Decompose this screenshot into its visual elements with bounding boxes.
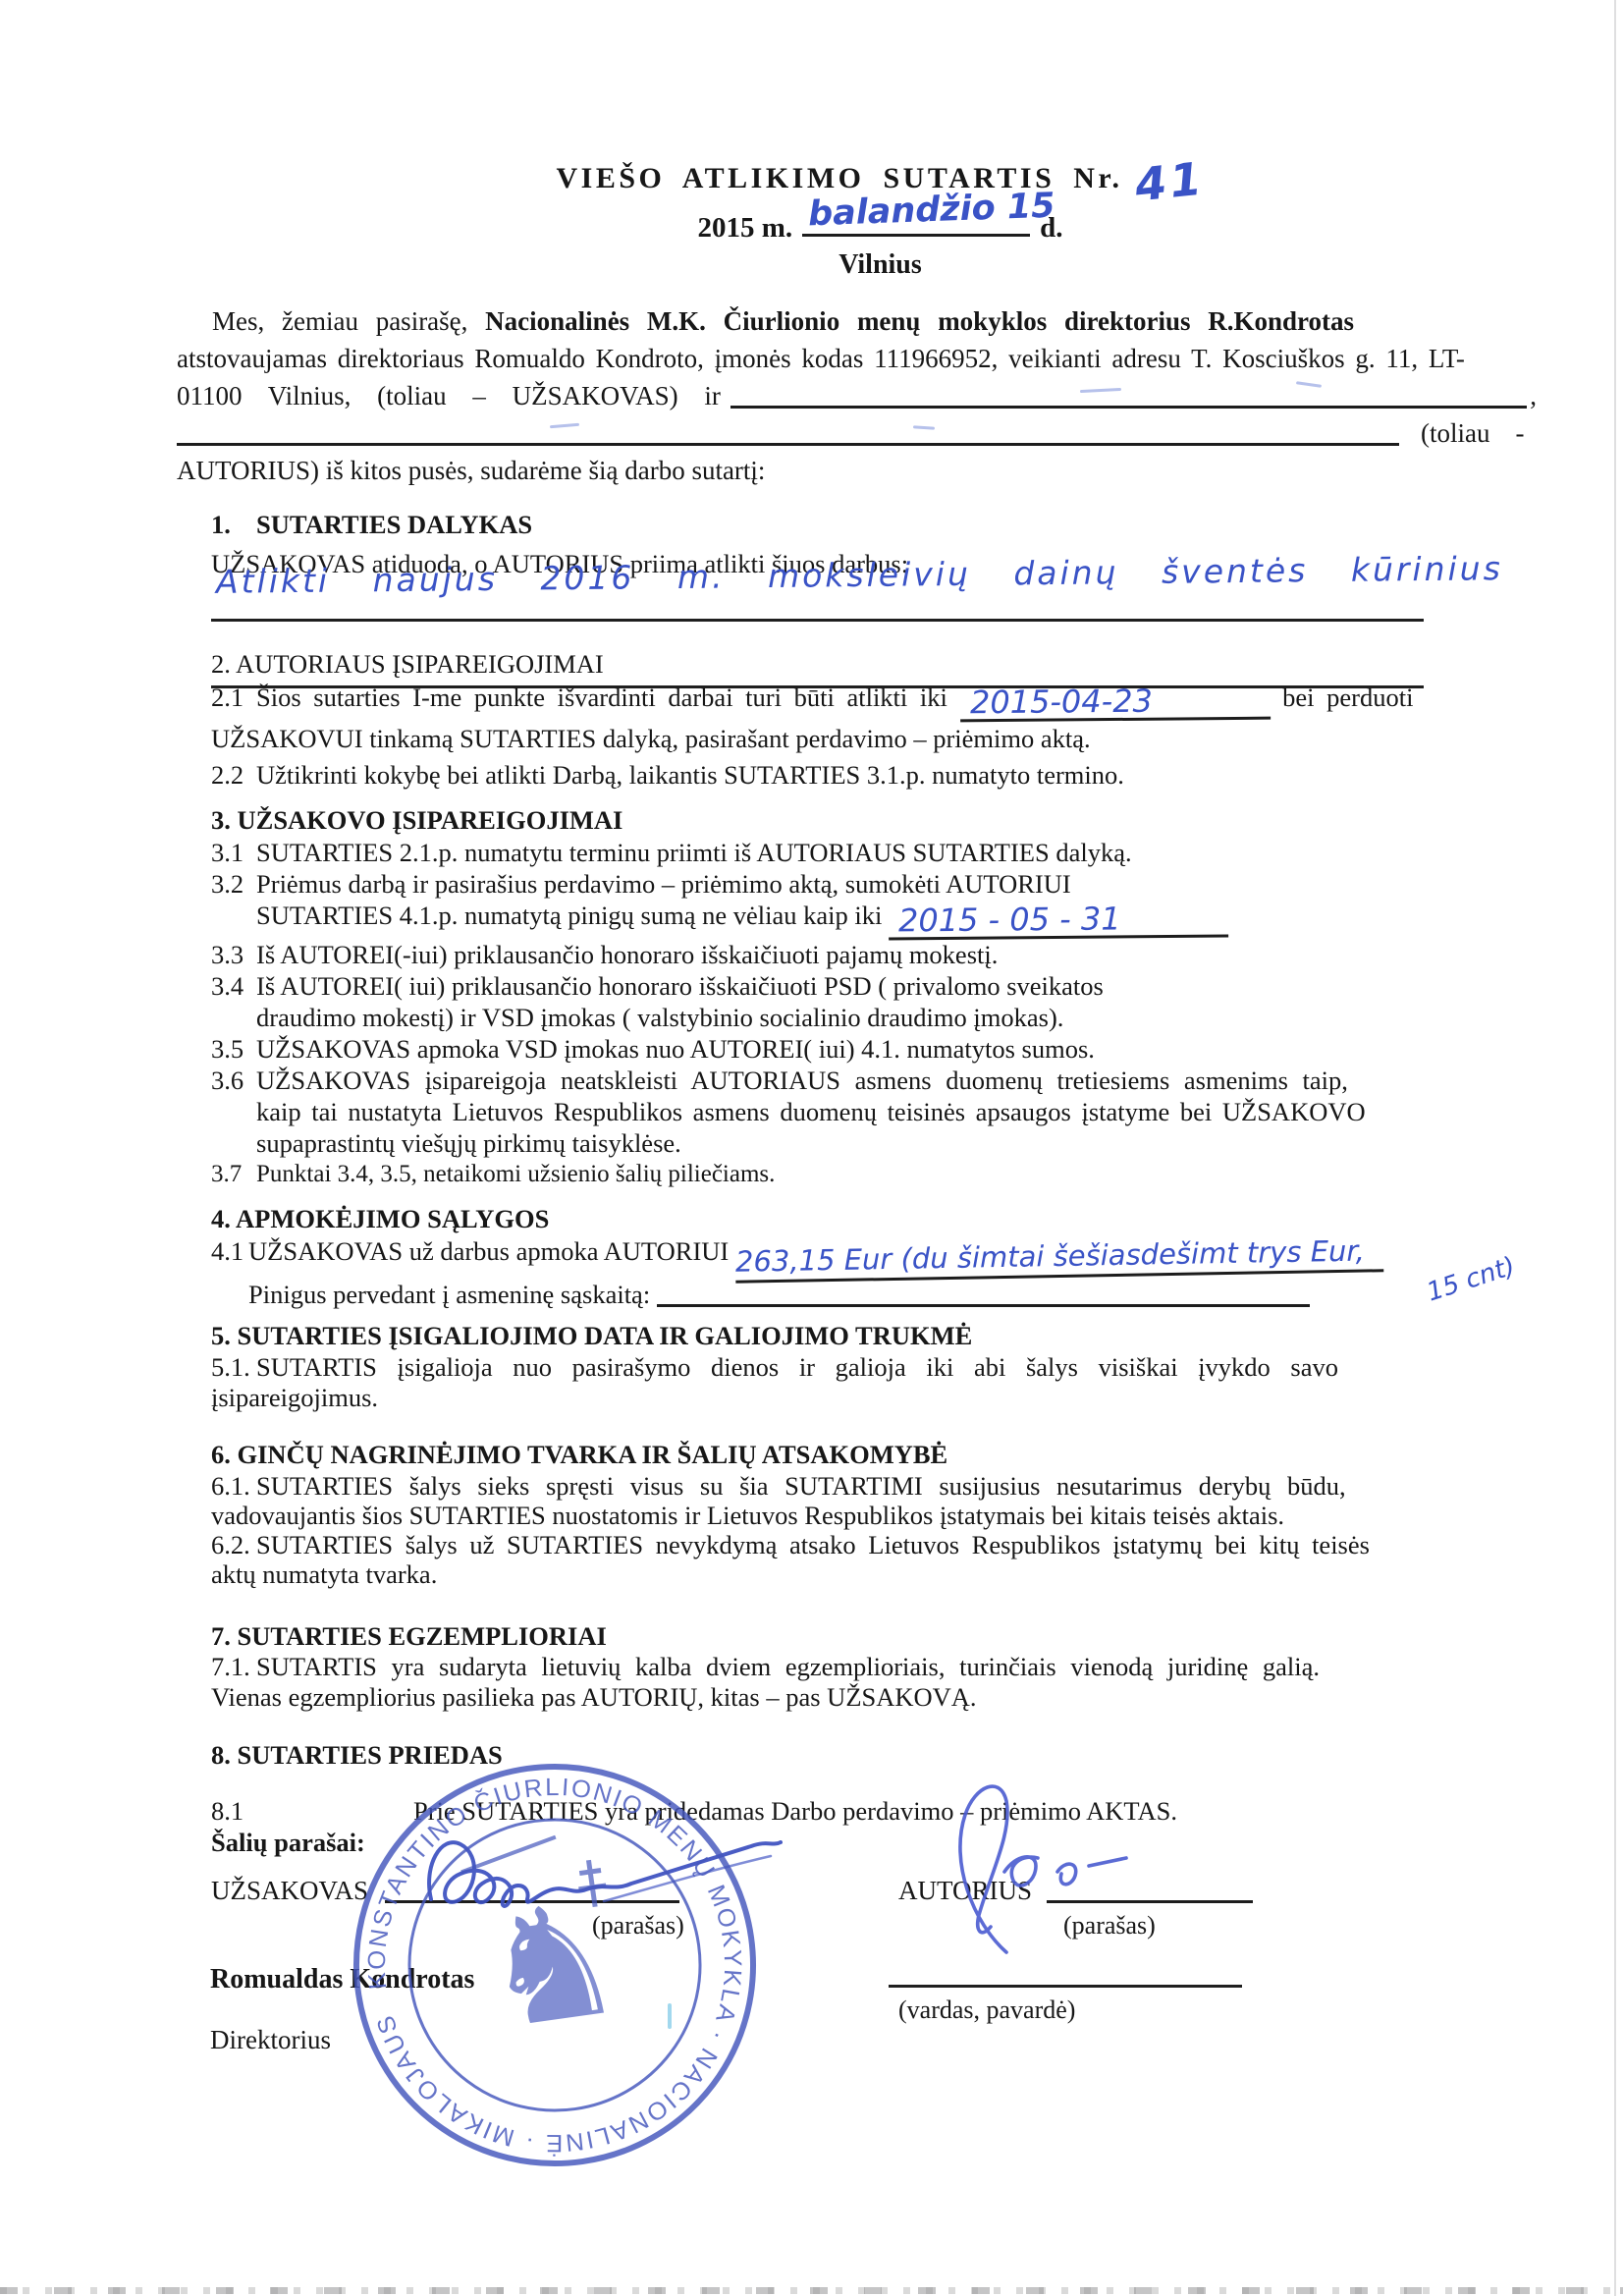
clause-3-7-text: Punktai 3.4, 3.5, netaikomi užsienio šal… — [256, 1161, 775, 1187]
clause-3-5: 3.5UŽSAKOVAS apmoka VSD įmokas nuo AUTOR… — [211, 1033, 1532, 1065]
clause-3-6-number: 3.6 — [211, 1065, 256, 1096]
clause-6-2-line-2: aktų numatyta tvarka. — [211, 1559, 1532, 1589]
clause-7-1-text-1: SUTARTIS yra sudaryta lietuvių kalba dvi… — [256, 1652, 1320, 1681]
intro-line-1: Mes, žemiau pasirašę, Nacionalinės M.K. … — [177, 302, 1537, 340]
clause-3-1: 3.1SUTARTIES 2.1.p. numatytu terminu pri… — [211, 837, 1532, 868]
clause-2-2: 2.2Užtikrinti kokybę bei atlikti Darbą, … — [211, 757, 1532, 793]
clause-2-2-text: Užtikrinti kokybę bei atlikti Darbą, lai… — [256, 760, 1124, 790]
date-month-handwritten: balandžio 15 — [808, 187, 1056, 235]
clause-4-1-line-2: Pinigus pervedant į asmeninę sąskaitą: — [248, 1278, 1532, 1311]
section-7-heading: 7. SUTARTIES EGZEMPLIORIAI — [211, 1620, 1532, 1652]
clause-6-2-number: 6.2. — [211, 1530, 256, 1559]
intro-line-1-regular: Mes, žemiau pasirašę, — [212, 306, 485, 336]
section-1-heading-text: SUTARTIES DALYKAS — [256, 510, 532, 539]
clause-6-1-number: 6.1. — [211, 1471, 256, 1501]
scanned-contract-page: VIEŠO ATLIKIMO SUTARTIS Nr.41 2015 m.bal… — [0, 0, 1623, 2296]
city-label: Vilnius — [0, 249, 1623, 281]
intro-line-3: 01100 Vilnius, (toliau – UŽSAKOVAS) ir , — [177, 377, 1537, 414]
clause-4-1-amount-handwritten: 263,15 Eur (du šimtai šešiasdešimt trys … — [735, 1233, 1384, 1284]
clause-3-3: 3.3Iš AUTOREI(-iui) priklausančio honora… — [211, 939, 1532, 970]
intro-paragraph: Mes, žemiau pasirašę, Nacionalinės M.K. … — [177, 302, 1537, 489]
clause-3-1-number: 3.1 — [211, 837, 256, 868]
section-1-number: 1. — [211, 505, 256, 544]
section-6: 6. GINČŲ NAGRINĖJIMO TVARKA IR ŠALIŲ ATS… — [211, 1438, 1532, 1589]
clause-3-5-text: UŽSAKOVAS apmoka VSD įmokas nuo AUTOREI(… — [256, 1034, 1095, 1064]
stamp-knight-emblem: ♞ — [469, 1864, 634, 2065]
clause-3-4-line-1: 3.4Iš AUTOREI( iui) priklausančio honora… — [211, 970, 1532, 1002]
clause-5-1-line-2: įsipareigojimus. — [211, 1383, 1532, 1413]
vardas-pavarde-caption: (vardas, pavardė) — [898, 1995, 1075, 2025]
clause-4-1-pre: UŽSAKOVAS už darbus apmoka AUTORIUI — [248, 1236, 729, 1266]
date-blank-underline: balandžio 15 — [802, 234, 1030, 237]
clause-2-1-number: 2.1 — [211, 680, 256, 716]
blank-line-1 — [730, 406, 1527, 409]
clause-3-4-line-2: draudimo mokestį) ir VSD įmokas ( valsty… — [256, 1002, 1532, 1033]
clause-7-1-line-1: 7.1.SUTARTIS yra sudaryta lietuvių kalba… — [211, 1652, 1532, 1682]
intro-toliau-dash: - — [1515, 414, 1524, 452]
clause-7-1-line-2: Vienas egzempliorius pasilieka pas AUTOR… — [211, 1682, 1532, 1713]
clause-2-2-number: 2.2 — [211, 757, 256, 793]
intro-line-2: atstovaujamas direktoriaus Romualdo Kond… — [177, 340, 1537, 377]
clause-2-1-date-handwritten: 2015-04-23 — [959, 685, 1270, 723]
clause-5-1-text-1: SUTARTIS įsigalioja nuo pasirašymo dieno… — [256, 1352, 1338, 1382]
clause-3-4-text-1: Iš AUTOREI( iui) priklausančio honoraro … — [256, 971, 1104, 1001]
intro-line-1-bold: Nacionalinės M.K. Čiurlionio menų mokykl… — [485, 306, 1354, 336]
section-6-heading: 6. GINČŲ NAGRINĖJIMO TVARKA IR ŠALIŲ ATS… — [211, 1438, 1532, 1471]
name-blank-line — [889, 1985, 1242, 1988]
section-3: 3. UŽSAKOVO ĮSIPAREIGOJIMAI 3.1SUTARTIES… — [211, 803, 1532, 1190]
clause-3-6-line-2: kaip tai nustatyta Lietuvos Respublikos … — [256, 1096, 1532, 1127]
clause-3-2-date-handwritten: 2015 - 05 - 31 — [889, 902, 1228, 940]
clause-4-1-account-label: Pinigus pervedant į asmeninę sąskaitą: — [248, 1280, 650, 1309]
clause-6-2-text-1: SUTARTIES šalys už SUTARTIES nevykdymą a… — [256, 1530, 1370, 1559]
official-stamp: KONSTANTINO ČIURLIONIO MENŲ MOKYKLA · NA… — [346, 1756, 764, 2174]
section-2-heading: 2. AUTORIAUS ĮSIPAREIGOJIMAI — [211, 648, 1532, 680]
clause-2-1-post: bei perduoti — [1282, 683, 1413, 712]
intro-toliau-label: (toliau — [1421, 414, 1489, 452]
clause-4-1-line-1: 4.1UŽSAKOVAS už darbus apmoka AUTORIUI 2… — [211, 1234, 1532, 1278]
clause-2-1-line-1: 2.1Šios sutarties I-me punkte išvardinti… — [211, 680, 1532, 721]
clause-2-1-pre: Šios sutarties I-me punkte išvardinti da… — [256, 683, 947, 712]
clause-3-7-number: 3.7 — [211, 1159, 256, 1190]
section-4-heading: 4. APMOKĖJIMO SĄLYGOS — [211, 1203, 1532, 1234]
clause-3-2-number: 3.2 — [211, 868, 256, 900]
section-4: 4. APMOKĖJIMO SĄLYGOS 4.1UŽSAKOVAS už da… — [211, 1203, 1532, 1311]
director-role: Direktorius — [210, 2025, 331, 2055]
blank-line-3 — [211, 619, 1424, 622]
blank-line-account — [657, 1304, 1310, 1307]
scan-right-edge-artifact — [1614, 0, 1616, 2296]
signature-autorius — [889, 1756, 1301, 1962]
scan-bottom-artifact — [0, 2287, 1623, 2294]
clause-3-4-number: 3.4 — [211, 970, 256, 1002]
intro-line-3-text: 01100 Vilnius, (toliau – UŽSAKOVAS) ir — [177, 377, 721, 414]
clause-4-1-number: 4.1 — [211, 1234, 248, 1268]
intro-line-4: (toliau - — [177, 414, 1537, 452]
clause-3-6-line-1: 3.6UŽSAKOVAS įsipareigoja neatskleisti A… — [211, 1065, 1532, 1096]
clause-3-2-line-2: SUTARTIES 4.1.p. numatytą pinigų sumą ne… — [256, 900, 1532, 939]
clause-3-2-text-2: SUTARTIES 4.1.p. numatytą pinigų sumą ne… — [256, 901, 882, 930]
clause-6-1-text-1: SUTARTIES šalys sieks spręsti visus su š… — [256, 1471, 1346, 1501]
blank-line-2 — [177, 443, 1399, 446]
intro-line-5: AUTORIUS) iš kitos pusės, sudarėme šią d… — [177, 452, 1537, 489]
clause-6-1-line-1: 6.1.SUTARTIES šalys sieks spręsti visus … — [211, 1471, 1532, 1501]
date-year: 2015 m. — [697, 212, 792, 244]
clause-3-1-text: SUTARTIES 2.1.p. numatytu terminu priimt… — [256, 838, 1132, 867]
intro-line-3-comma: , — [1530, 377, 1537, 414]
clause-6-1-line-2: vadovaujantis šios SUTARTIES nuostatomis… — [211, 1501, 1532, 1530]
section-3-heading: 3. UŽSAKOVO ĮSIPAREIGOJIMAI — [211, 803, 1532, 837]
clause-5-1-line-1: 5.1.SUTARTIS įsigalioja nuo pasirašymo d… — [211, 1352, 1532, 1383]
date-line: 2015 m.balandžio 15d. — [0, 212, 1623, 245]
clause-3-3-text: Iš AUTOREI(-iui) priklausančio honoraro … — [256, 940, 998, 969]
clause-3-6-line-3: supaprastintų viešųjų pirkimų taisyklėse… — [256, 1127, 1532, 1159]
clause-3-5-number: 3.5 — [211, 1033, 256, 1065]
clause-3-7: 3.7Punktai 3.4, 3.5, netaikomi užsienio … — [211, 1159, 1532, 1190]
section-2: 2. AUTORIAUS ĮSIPAREIGOJIMAI 2.1Šios sut… — [211, 648, 1532, 793]
clause-2-1-line-2: UŽSAKOVUI tinkamą SUTARTIES dalyką, pasi… — [211, 721, 1532, 757]
section-5: 5. SUTARTIES ĮSIGALIOJIMO DATA IR GALIOJ… — [211, 1320, 1532, 1413]
clause-7-1-number: 7.1. — [211, 1652, 256, 1682]
clause-8-1-number: 8.1 — [211, 1795, 256, 1827]
clause-3-3-number: 3.3 — [211, 939, 256, 970]
clause-3-2-text-1: Priėmus darbą ir pasirašius perdavimo – … — [256, 869, 1071, 899]
section-7: 7. SUTARTIES EGZEMPLIORIAI 7.1.SUTARTIS … — [211, 1620, 1532, 1713]
clause-3-2-line-1: 3.2Priėmus darbą ir pasirašius perdavimo… — [211, 868, 1532, 900]
section-5-heading: 5. SUTARTIES ĮSIGALIOJIMO DATA IR GALIOJ… — [211, 1320, 1532, 1352]
clause-3-6-text-1: UŽSAKOVAS įsipareigoja neatskleisti AUTO… — [256, 1066, 1348, 1095]
contract-number-handwritten: 41 — [1132, 151, 1207, 211]
clause-5-1-number: 5.1. — [211, 1352, 256, 1383]
clause-6-2-line-1: 6.2.SUTARTIES šalys už SUTARTIES nevykdy… — [211, 1530, 1532, 1559]
section-1-heading: 1.SUTARTIES DALYKAS — [211, 505, 1532, 544]
